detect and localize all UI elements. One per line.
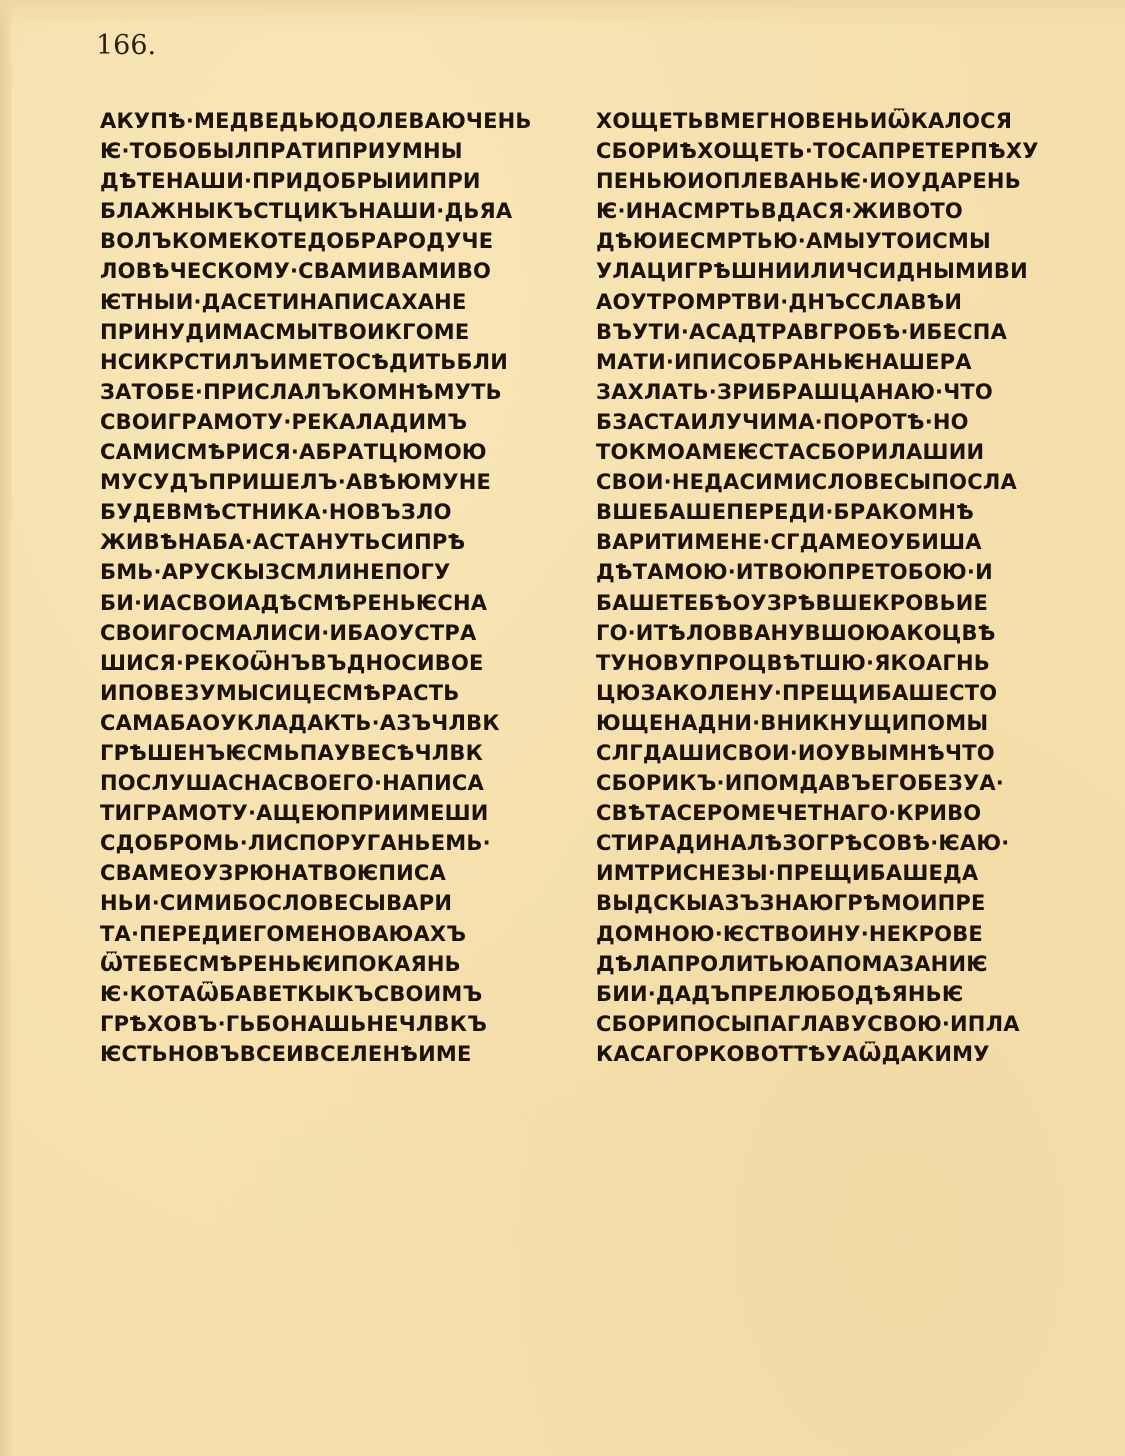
manuscript-line: волъкомекотедобрародуче — [100, 226, 575, 256]
manuscript-line: своиграмоту·рекаладимъ — [100, 407, 575, 437]
manuscript-line: имтриснезы·прещибашеда — [596, 858, 1076, 888]
manuscript-line: дѣтенаши·придобрыиипри — [100, 166, 575, 196]
manuscript-line: ѥстьновъвсеивселенѣиме — [100, 1039, 575, 1069]
manuscript-line: ѥ·котаѿбаветкыкъсвоимъ — [100, 979, 575, 1009]
manuscript-line: затобе·прислалъкомнѣмуть — [100, 377, 575, 407]
left-text-column: акупѣ·медведьюдолеваючень ѥ·тобобылпрати… — [100, 106, 575, 1069]
manuscript-line: дѣюиесмртью·амыутоисмы — [596, 226, 1076, 256]
manuscript-line: своигосмалиси·ибаоустра — [100, 618, 575, 648]
manuscript-line: выдскыазъзнаюгрѣмоипре — [596, 888, 1076, 918]
manuscript-line: нсикрстилъиметосѣдитьбли — [100, 347, 575, 377]
page-number: 166. — [96, 30, 156, 61]
manuscript-line: домною·ѥствоину·некрове — [596, 919, 1076, 949]
manuscript-line: та·передиегоменоваюахъ — [100, 919, 575, 949]
manuscript-line: тиграмоту·ащеюприимеши — [100, 798, 575, 828]
manuscript-line: мусудъпришелъ·авѣюмуне — [100, 467, 575, 497]
manuscript-line: вшебашепереди·бракомнѣ — [596, 497, 1076, 527]
manuscript-line: мати·иписобраньѥнашера — [596, 347, 1076, 377]
manuscript-line: сборипосыпаглавусвою·ипла — [596, 1009, 1076, 1039]
manuscript-line: блажныкъстцикънаши·дьяа — [100, 196, 575, 226]
manuscript-line: самисмѣрися·абратцюмою — [100, 437, 575, 467]
manuscript-line: улацигрѣшнииличсиднымиви — [596, 256, 1076, 286]
manuscript-line: сборикъ·ипомдавъегобезуа· — [596, 768, 1076, 798]
manuscript-line: башетебѣоузрѣвшекровьие — [596, 588, 1076, 618]
manuscript-line: пеньюиоплеваньѥ·иоударень — [596, 166, 1076, 196]
manuscript-line: дѣтамою·итвоюпретобою·и — [596, 557, 1076, 587]
manuscript-line: свои·недасимисловесыпосла — [596, 467, 1076, 497]
manuscript-line: живѣнаба·астанутьсипрѣ — [100, 527, 575, 557]
manuscript-line: хощетьвмегновеньиѿкалося — [596, 106, 1076, 136]
manuscript-line: сбориѣхощеть·тосапретерпѣху — [596, 136, 1076, 166]
manuscript-line: принудимасмытвоикгоме — [100, 317, 575, 347]
manuscript-line: послушаснасвоего·написа — [100, 768, 575, 798]
manuscript-line: грѣховъ·гьбонашьнечлвкъ — [100, 1009, 575, 1039]
manuscript-line: би·иасвоиадѣсмѣреньѥсна — [100, 588, 575, 618]
manuscript-line: захлать·зрибрашцанаю·что — [596, 377, 1076, 407]
manuscript-line: стирадиналѣзогрѣсовѣ·ѥаю· — [596, 828, 1076, 858]
manuscript-line: грѣшенъѥсмьпаувесѣчлвк — [100, 738, 575, 768]
manuscript-line: акупѣ·медведьюдолеваючень — [100, 106, 575, 136]
manuscript-line: свѣтасеромечетнаго·криво — [596, 798, 1076, 828]
manuscript-line: въути·асадтравгробѣ·ибеспа — [596, 317, 1076, 347]
manuscript-line: бии·дадъпрелюбодѣяньѥ — [596, 979, 1076, 1009]
manuscript-line: цюзаколену·прещибашесто — [596, 678, 1076, 708]
manuscript-line: го·итѣловванувшоюакоцвѣ — [596, 618, 1076, 648]
manuscript-line: ѥ·тобобылпратиприумны — [100, 136, 575, 166]
page-top-edge — [0, 0, 1125, 28]
manuscript-line: туновупроцвѣтшю·якоагнь — [596, 648, 1076, 678]
manuscript-line: ющенадни·вникнущипомы — [596, 708, 1076, 738]
manuscript-line: дѣлапролитьюапомазаниѥ — [596, 949, 1076, 979]
manuscript-line: свамеоузрюнатвоѥписа — [100, 858, 575, 888]
manuscript-line: слгдашисвои·иоувымнѣчто — [596, 738, 1076, 768]
manuscript-line: самабаоукладакть·азъчлвк — [100, 708, 575, 738]
manuscript-line: бзастаилучима·поротѣ·но — [596, 407, 1076, 437]
manuscript-line: будевмѣстника·новъзло — [100, 497, 575, 527]
manuscript-line: ѥ·инасмртьвдася·живото — [596, 196, 1076, 226]
manuscript-line: сдобромь·лиспоруганьемь· — [100, 828, 575, 858]
manuscript-line: ѿтебесмѣреньѥипокаянь — [100, 949, 575, 979]
right-text-column: хощетьвмегновеньиѿкалося сбориѣхощеть·то… — [596, 106, 1076, 1069]
manuscript-line: токмоамеѥстасборилашии — [596, 437, 1076, 467]
manuscript-line: иповезумысицесмѣрасть — [100, 678, 575, 708]
manuscript-line: ньи·симибословесывари — [100, 888, 575, 918]
page-binding-edge — [0, 0, 12, 1456]
manuscript-line: бмь·арускызсмлинепогу — [100, 557, 575, 587]
manuscript-line: варитимене·сгдамеоубиша — [596, 527, 1076, 557]
manuscript-line: касагорковоттѣуаѿдакиму — [596, 1039, 1076, 1069]
manuscript-line: ловѣческому·свамивамиво — [100, 256, 575, 286]
manuscript-line: ѥтныи·дасетинаписахане — [100, 287, 575, 317]
manuscript-line: шися·рекоѿнъвъдносивое — [100, 648, 575, 678]
manuscript-line: аоутромртви·днъсславѣи — [596, 287, 1076, 317]
